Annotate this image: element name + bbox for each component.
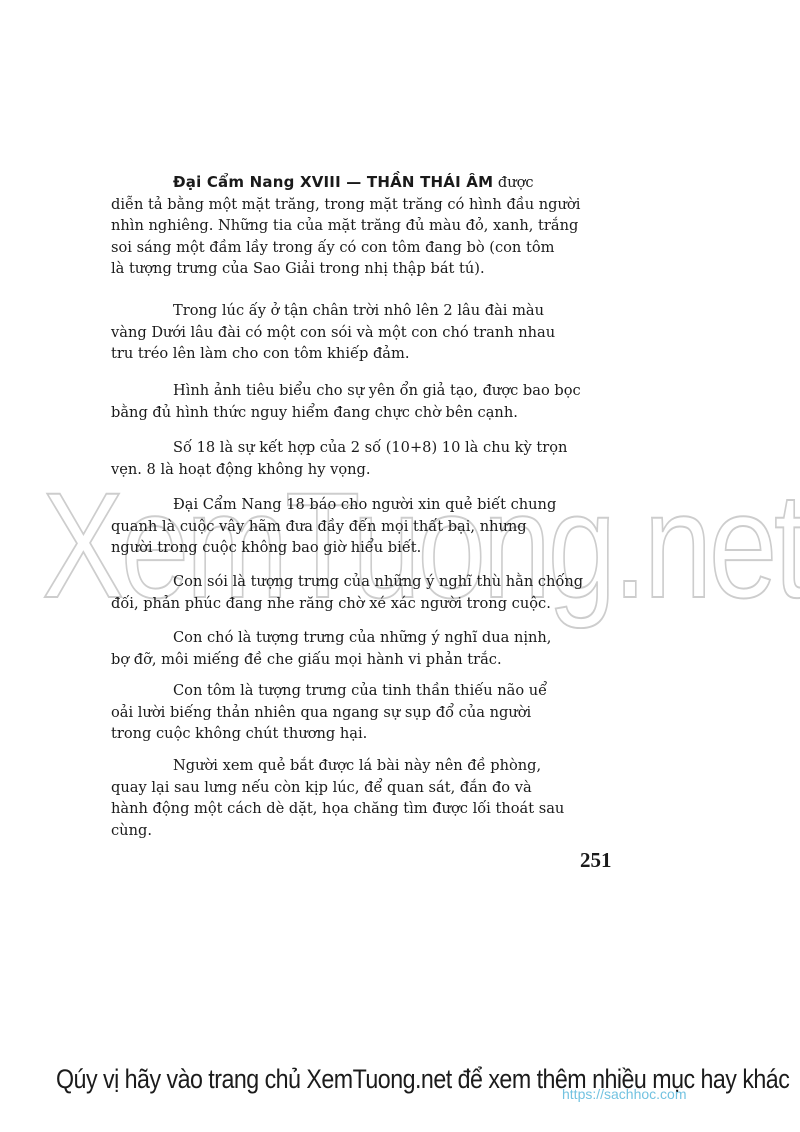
- scanned-book-page: XemTuong.net Đại Cẩm Nang XVIII — THẦN T…: [0, 0, 800, 1132]
- section-heading: Đại Cẩm Nang XVIII — THẦN THÁI ÂM: [173, 173, 493, 191]
- paragraph-6: Con sói là tượng trưng của những ý nghĩ …: [111, 571, 615, 614]
- paragraph-9: Người xem quẻ bắt được lá bài này nên đề…: [111, 755, 615, 841]
- paragraph-4: Số 18 là sự kết hợp của 2 số (10+8) 10 l…: [111, 437, 615, 480]
- page-number: 251: [580, 848, 612, 873]
- paragraph-7: Con chó là tượng trưng của những ý nghĩ …: [111, 627, 615, 670]
- paragraph-2: Trong lúc ấy ở tận chân trời nhô lên 2 l…: [111, 300, 615, 365]
- paragraph-8: Con tôm là tượng trưng của tinh thần thi…: [111, 680, 615, 745]
- paragraph-1: Đại Cẩm Nang XVIII — THẦN THÁI ÂM được: [111, 172, 615, 194]
- page-body: Đại Cẩm Nang XVIII — THẦN THÁI ÂM được d…: [111, 172, 615, 280]
- footer-overlay-url[interactable]: https://sachhoc.com: [562, 1086, 687, 1102]
- paragraph-1-cont: diễn tả bằng một mặt trăng, trong mặt tr…: [111, 194, 615, 280]
- paragraph-5: Đại Cẩm Nang 18 báo cho người xin quẻ bi…: [111, 494, 615, 559]
- paragraph-3: Hình ảnh tiêu biểu cho sự yên ổn giả tạo…: [111, 380, 615, 423]
